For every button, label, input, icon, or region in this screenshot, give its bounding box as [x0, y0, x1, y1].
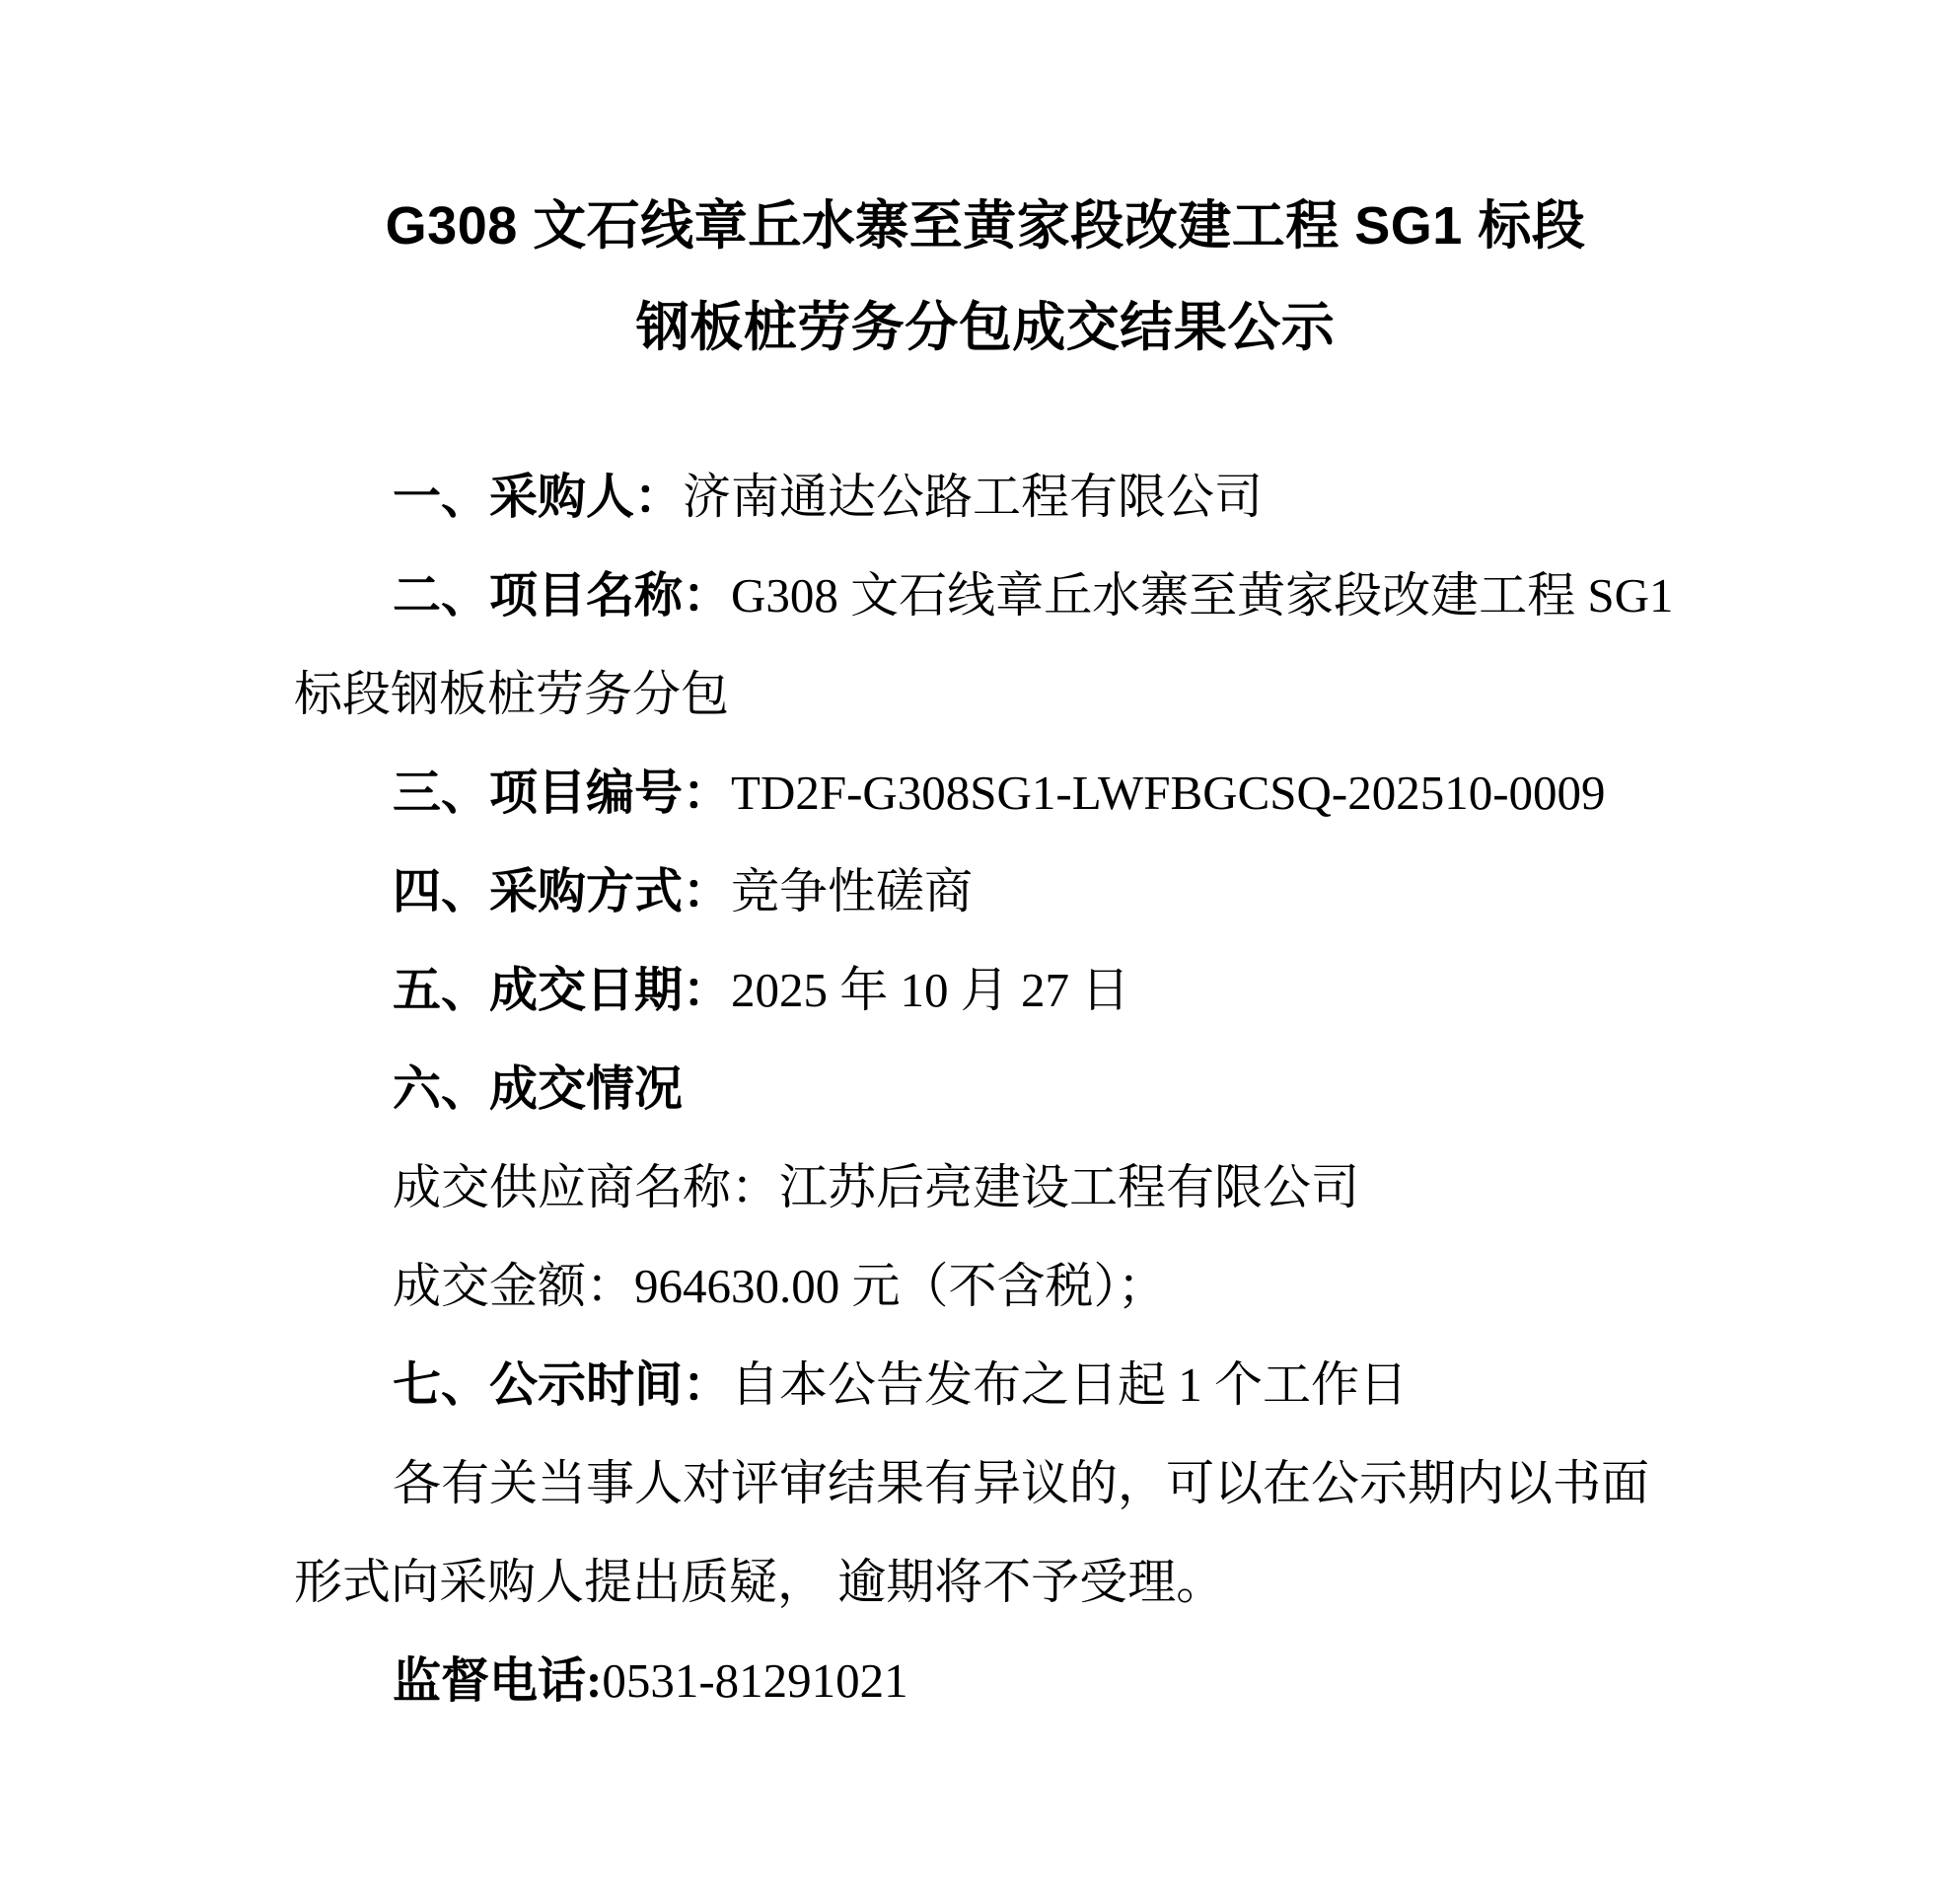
document-page: G308 文石线章丘水寨至黄家段改建工程 SG1 标段 钢板桩劳务分包成交结果公…	[0, 0, 1957, 1904]
paragraph-value: 形式向采购人提出质疑， 逾期将不予受理。	[294, 1555, 1224, 1609]
paragraph-label: 六、成交情况	[393, 1062, 683, 1116]
paragraph-value: 标段钢板桩劳务分包	[294, 667, 729, 721]
paragraph-line: 监督电话:0531-81291021	[294, 1632, 1677, 1730]
paragraph-line: 形式向采购人提出质疑， 逾期将不予受理。	[294, 1533, 1677, 1632]
paragraph-value: 2025 年 10 月 27 日	[731, 963, 1129, 1017]
paragraph-value: 自本公告发布之日起 1 个工作日	[731, 1357, 1408, 1412]
document-body: 一、采购人：济南通达公路工程有限公司二、项目名称：G308 文石线章丘水寨至黄家…	[294, 448, 1677, 1730]
paragraph-line: 七、公示时间：自本公告发布之日起 1 个工作日	[294, 1336, 1677, 1434]
paragraph-line: 一、采购人：济南通达公路工程有限公司	[294, 448, 1677, 547]
paragraph-value: 0531-81291021	[602, 1653, 907, 1708]
paragraph-label: 监督电话:	[393, 1653, 602, 1708]
paragraph-label: 二、项目名称：	[393, 568, 731, 622]
paragraph-line: 五、成交日期：2025 年 10 月 27 日	[294, 941, 1677, 1040]
paragraph-value: 竞争性磋商	[731, 864, 973, 918]
paragraph-value: 成交金额：964630.00 元（不含税）；	[393, 1259, 1166, 1313]
paragraph-line: 四、采购方式：竞争性磋商	[294, 842, 1677, 941]
paragraph-value: TD2F-G308SG1-LWFBGCSQ-202510-0009	[731, 766, 1606, 820]
paragraph-label: 五、成交日期：	[393, 963, 731, 1017]
paragraph-label: 四、采购方式：	[393, 864, 731, 918]
paragraph-label: 三、项目编号：	[393, 766, 731, 820]
document-title: G308 文石线章丘水寨至黄家段改建工程 SG1 标段 钢板桩劳务分包成交结果公…	[294, 176, 1677, 379]
document-title-line2: 钢板桩劳务分包成交结果公示	[294, 277, 1677, 379]
paragraph-line: 各有关当事人对评审结果有异议的，可以在公示期内以书面	[294, 1434, 1677, 1533]
paragraph-value: 济南通达公路工程有限公司	[683, 470, 1263, 524]
paragraph-value: G308 文石线章丘水寨至黄家段改建工程 SG1	[731, 568, 1674, 622]
paragraph-line: 成交金额：964630.00 元（不含税）；	[294, 1237, 1677, 1336]
paragraph-value: 成交供应商名称：江苏后亮建设工程有限公司	[393, 1160, 1359, 1214]
document-title-line1: G308 文石线章丘水寨至黄家段改建工程 SG1 标段	[294, 176, 1677, 277]
paragraph-label: 一、采购人：	[393, 470, 683, 524]
paragraph-line: 成交供应商名称：江苏后亮建设工程有限公司	[294, 1138, 1677, 1237]
paragraph-label: 七、公示时间：	[393, 1357, 731, 1412]
paragraph-line: 标段钢板桩劳务分包	[294, 645, 1677, 744]
paragraph-value: 各有关当事人对评审结果有异议的，可以在公示期内以书面	[393, 1456, 1649, 1510]
paragraph-line: 二、项目名称：G308 文石线章丘水寨至黄家段改建工程 SG1	[294, 547, 1677, 645]
paragraph-line: 三、项目编号：TD2F-G308SG1-LWFBGCSQ-202510-0009	[294, 744, 1677, 842]
paragraph-line: 六、成交情况	[294, 1040, 1677, 1138]
